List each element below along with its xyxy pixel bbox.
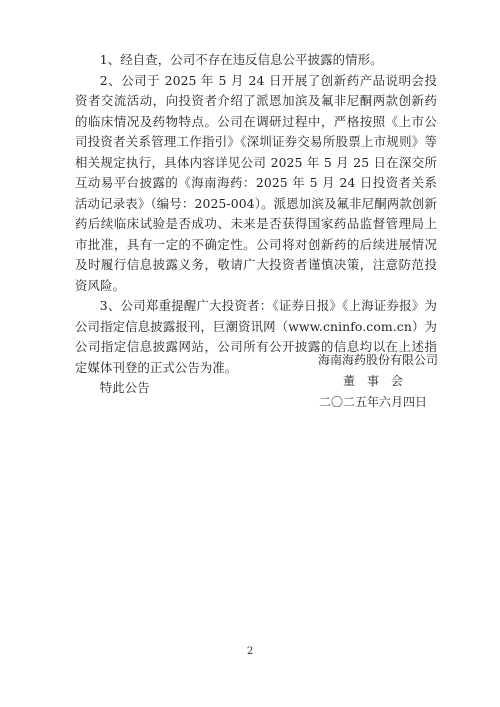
- paragraph-investor-activity: 2、公司于 2025 年 5 月 24 日开展了创新药产品说明会投资者交流活动，…: [75, 71, 437, 297]
- document-body: 1、经自查，公司不存在违反信息公平披露的情形。 2、公司于 2025 年 5 月…: [75, 50, 437, 399]
- document-page: 1、经自查，公司不存在违反信息公平披露的情形。 2、公司于 2025 年 5 月…: [0, 0, 500, 707]
- signature-board: 董事会: [318, 371, 428, 392]
- page-number: 2: [0, 646, 500, 657]
- signature-company: 海南海药股份有限公司: [318, 350, 428, 371]
- signature-block: 海南海药股份有限公司 董事会 二〇二五年六月四日: [318, 350, 428, 413]
- paragraph-self-inspection: 1、经自查，公司不存在违反信息公平披露的情形。: [75, 50, 437, 71]
- signature-date: 二〇二五年六月四日: [318, 392, 428, 413]
